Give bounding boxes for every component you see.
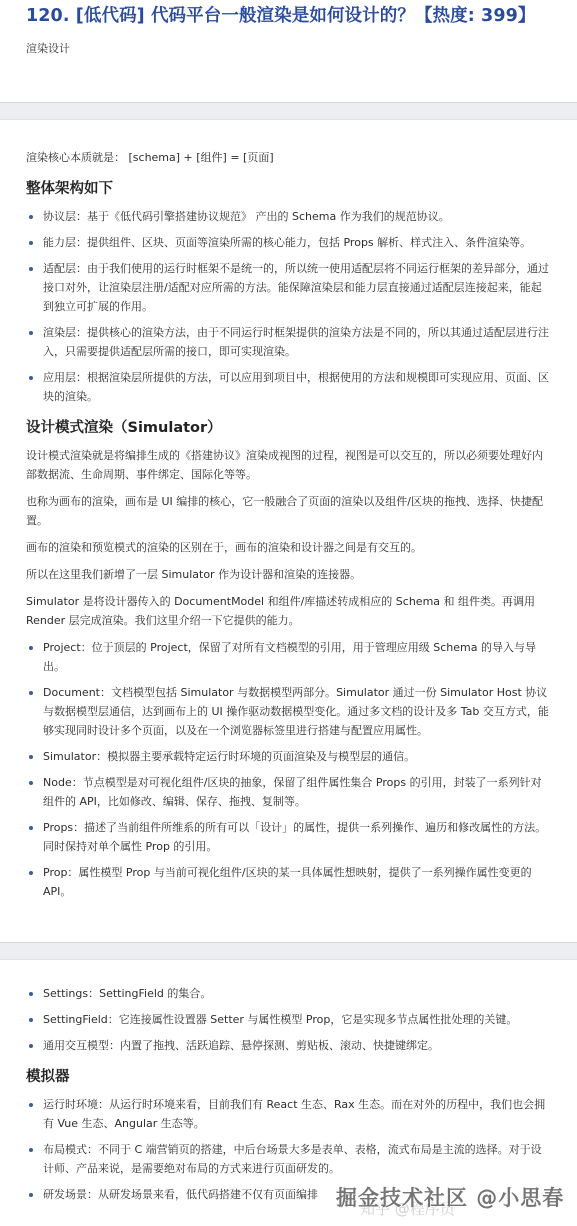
list-item: Settings：SettingField 的集合。 <box>26 984 551 1003</box>
architecture-list: 协议层：基于《低代码引擎搭建协议规范》 产出的 Schema 作为我们的规范协议… <box>26 207 551 406</box>
list-item: 应用层：根据渲染层所提供的方法，可以应用到项目中，根据使用的方法和规模即可实现应… <box>26 368 551 406</box>
list-item: Project：位于顶层的 Project，保留了对所有文档模型的引用，用于管理… <box>26 638 551 676</box>
simulator-heading: 设计模式渲染（Simulator） <box>26 418 551 438</box>
list-item: 运行时环境：从运行时环境来看，目前我们有 React 生态、Rax 生态。而在对… <box>26 1095 551 1133</box>
answer-section-1: 渲染核心本质就是： [schema] + [组件] = [页面] 整体架构如下 … <box>0 120 577 942</box>
watermark: 掘金技术社区 @小思春 <box>336 1182 564 1212</box>
architecture-heading: 整体架构如下 <box>26 179 551 199</box>
question-subtitle: 渲染设计 <box>26 40 551 56</box>
list-item: Simulator：模拟器主要承载特定运行时环境的页面渲染及与模型层的通信。 <box>26 747 551 766</box>
list-item: Props：描述了当前组件所维系的所有可以「设计」的属性，提供一系列操作、遍历和… <box>26 818 551 856</box>
section-divider <box>0 102 577 120</box>
list-item: SettingField：它连接属性设置器 Setter 与属性模型 Prop，… <box>26 1010 551 1029</box>
paragraph: 设计模式渲染就是将编排生成的《搭建协议》渲染成视图的过程，视图是可以交互的，所以… <box>26 446 551 484</box>
settings-list: Settings：SettingField 的集合。 SettingField：… <box>26 984 551 1055</box>
paragraph: 画布的渲染和预览模式的渲染的区别在于，画布的渲染和设计器之间是有交互的。 <box>26 538 551 557</box>
core-formula: 渲染核心本质就是： [schema] + [组件] = [页面] <box>26 148 551 167</box>
section-divider <box>0 942 577 960</box>
list-item: 布局模式：不同于 C 端营销页的搭建，中后台场景大多是表单、表格，流式布局是主流… <box>26 1140 551 1178</box>
list-item: Node：节点模型是对可视化组件/区块的抽象，保留了组件属性集合 Props 的… <box>26 773 551 811</box>
simulator-capabilities-list: Project：位于顶层的 Project，保留了对所有文档模型的引用，用于管理… <box>26 638 551 901</box>
list-item: 能力层：提供组件、区块、页面等渲染所需的核心能力，包括 Props 解析、样式注… <box>26 233 551 252</box>
question-title: 120. [低代码] 代码平台一般渲染是如何设计的？【热度: 399】 <box>26 3 551 29</box>
emulator-heading: 模拟器 <box>26 1067 551 1087</box>
list-item: 通用交互模型：内置了拖拽、活跃追踪、悬停探测、剪贴板、滚动、快捷键绑定。 <box>26 1036 551 1055</box>
paragraph: Simulator 是将设计器传入的 DocumentModel 和组件/库描述… <box>26 592 551 630</box>
list-item: Prop：属性模型 Prop 与当前可视化组件/区块的某一具体属性想映射，提供了… <box>26 863 551 901</box>
question-header: 120. [低代码] 代码平台一般渲染是如何设计的？【热度: 399】 渲染设计 <box>0 0 577 102</box>
answer-section-2: Settings：SettingField 的集合。 SettingField：… <box>0 960 577 1204</box>
paragraph: 也称为画布的渲染，画布是 UI 编排的核心，它一般融合了页面的渲染以及组件/区块… <box>26 492 551 530</box>
list-item: 协议层：基于《低代码引擎搭建协议规范》 产出的 Schema 作为我们的规范协议… <box>26 207 551 226</box>
list-item: 适配层：由于我们使用的运行时框架不是统一的，所以统一使用适配层将不同运行框架的差… <box>26 259 551 316</box>
list-item: 渲染层：提供核心的渲染方法，由于不同运行时框架提供的渲染方法是不同的，所以其通过… <box>26 323 551 361</box>
paragraph: 所以在这里我们新增了一层 Simulator 作为设计器和渲染的连接器。 <box>26 565 551 584</box>
list-item: Document：文档模型包括 Simulator 与数据模型两部分。Simul… <box>26 683 551 740</box>
